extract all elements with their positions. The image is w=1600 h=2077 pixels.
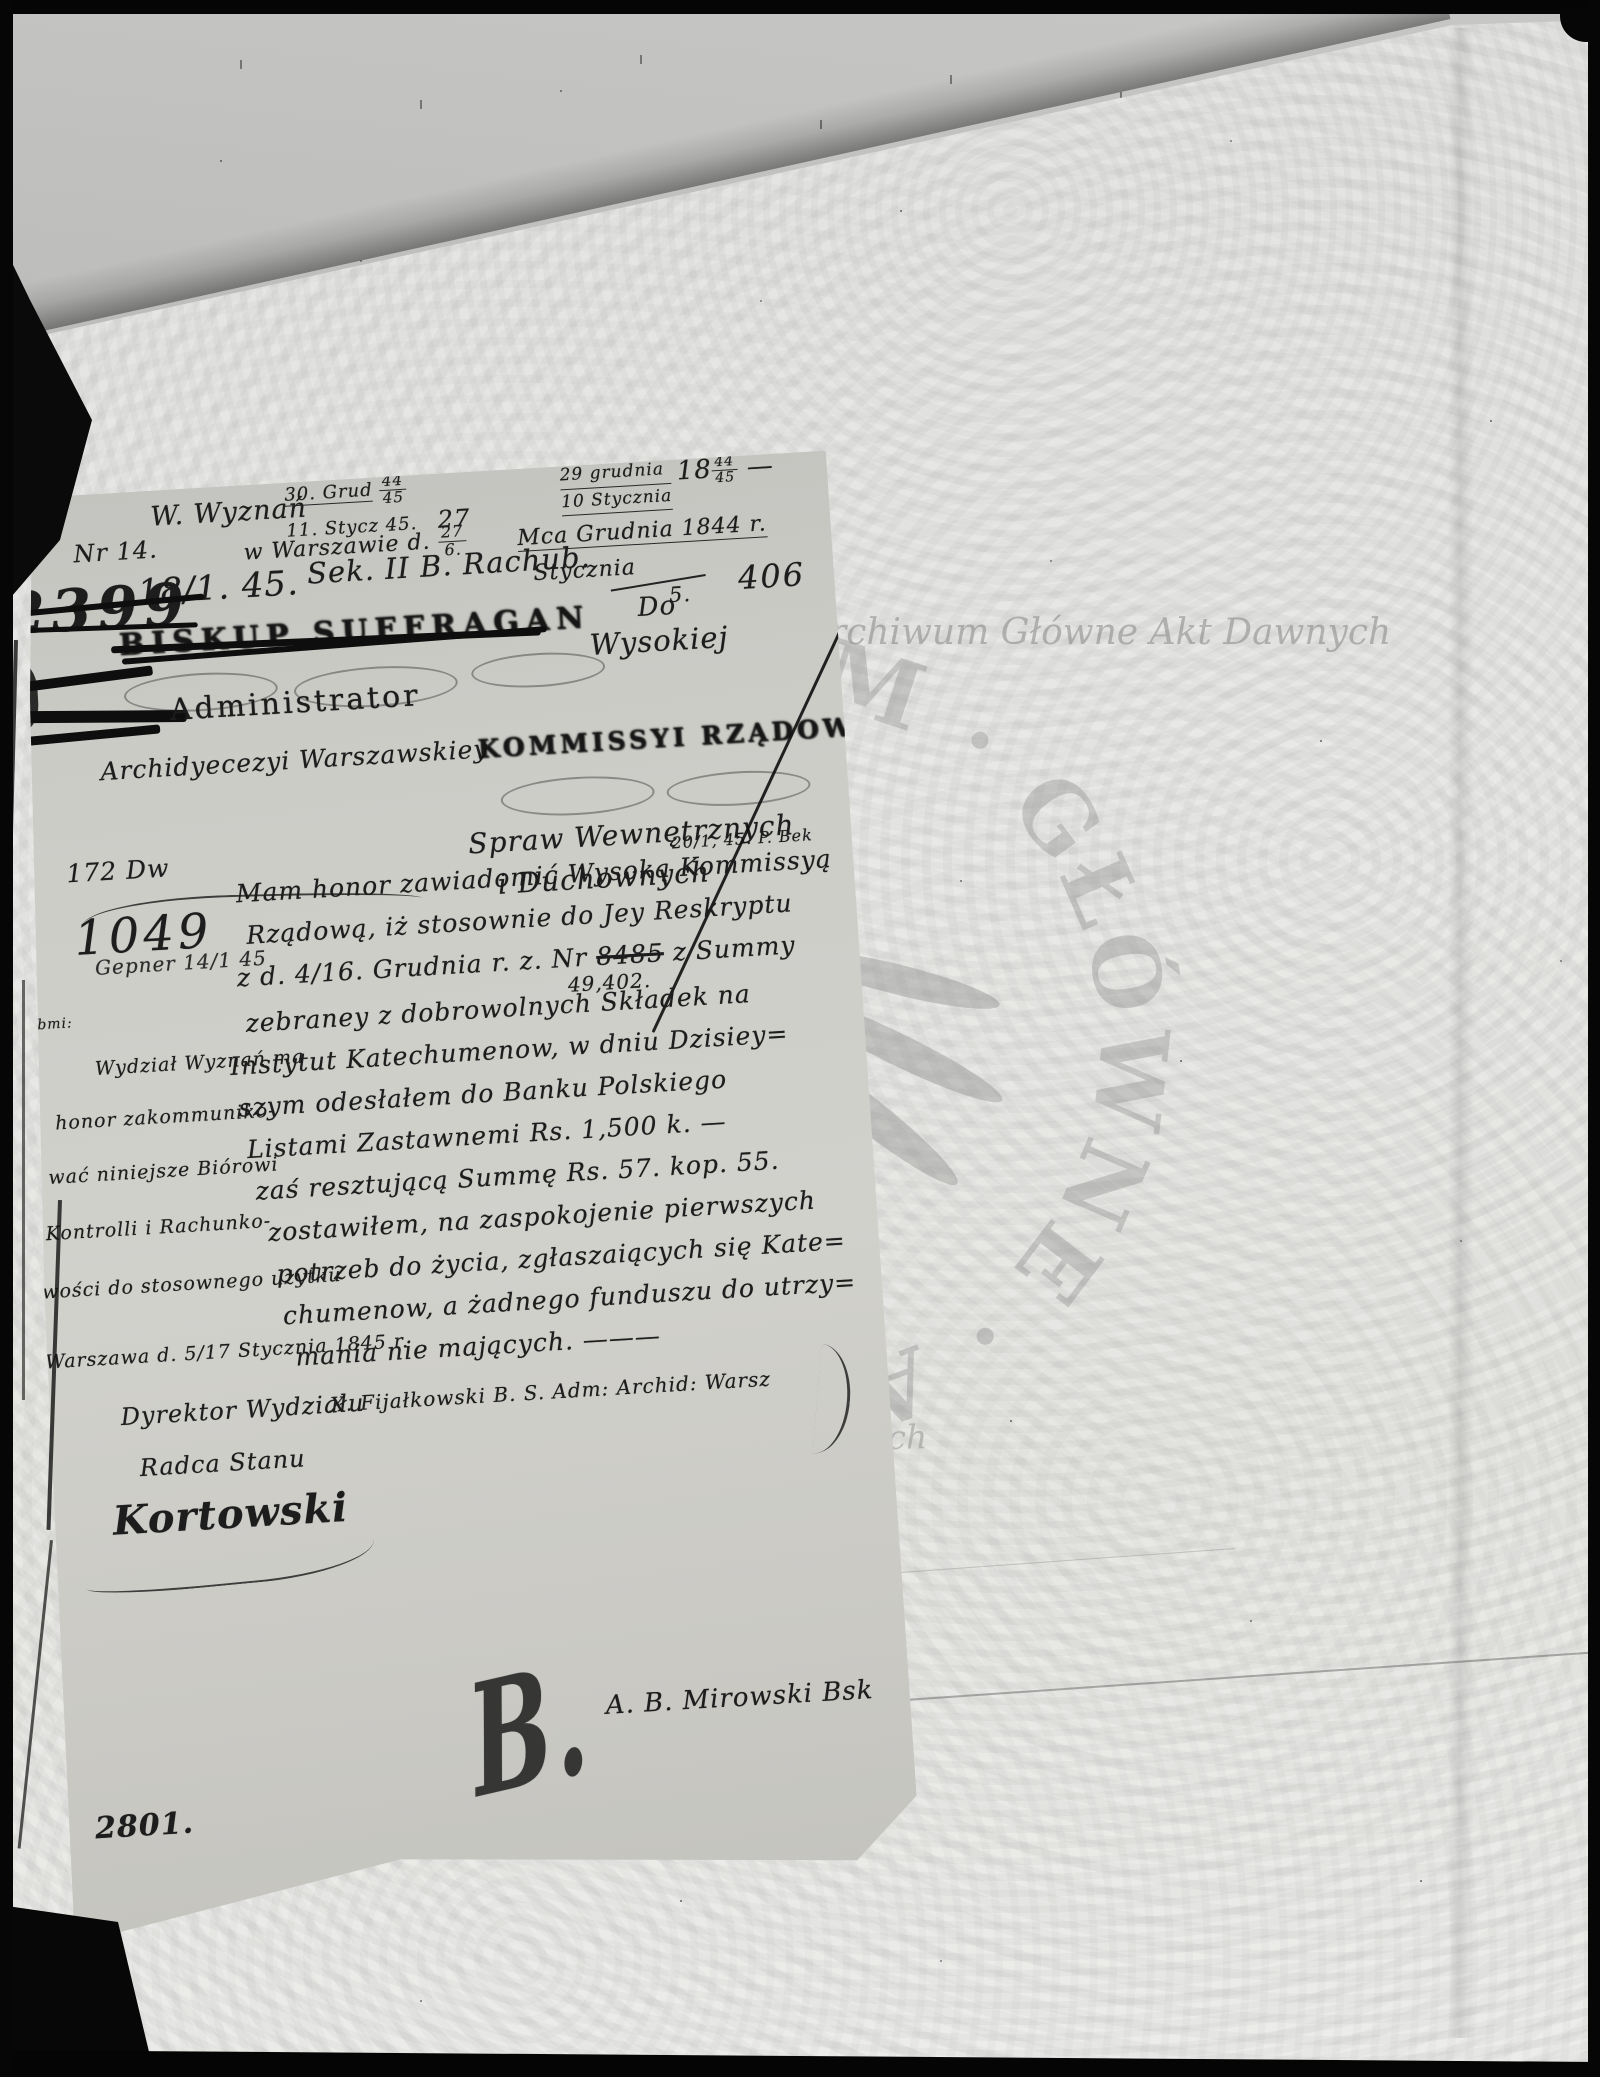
film-scratch [640, 55, 642, 64]
margin-signature: Kortowski [112, 1484, 350, 1545]
archival-scan: ARCHIWUM · GŁÓWNE · AKT DAWNYCH · Archiw… [0, 0, 1600, 2077]
film-border-right [1588, 0, 1600, 2077]
paper-crease [1448, 28, 1474, 2038]
right-date-bot: 10 Stycznia [561, 483, 674, 516]
flourish-letter: B. [460, 1627, 597, 1832]
margin-title2: Radca Stanu [139, 1444, 306, 1482]
dept-frac-bot: 45 [379, 489, 407, 506]
nr-annotation: Nr 14. [73, 535, 159, 568]
binding-mark [22, 980, 25, 1400]
margin-line: wości do stosownego użytku [42, 1264, 342, 1304]
margin-line: wać niniejsze Biórowi [48, 1153, 279, 1189]
film-border-top [0, 0, 1600, 14]
flourish-swirl [500, 772, 656, 819]
margin-title1: Dyrektor Wydziału [120, 1389, 365, 1431]
flourish-swirl [470, 649, 606, 691]
margin-line: honor zakommuniko- [55, 1099, 277, 1134]
signature-underline-flourish [85, 1539, 377, 1598]
archive-watermark-top: Archiwum Główne Akt Dawnych [803, 612, 1391, 653]
recipient-stamp: KOMMISSYI RZĄDOWEJ [477, 710, 895, 764]
film-scratch [240, 60, 242, 69]
bottom-signature: A. B. Mirowski Bsk [605, 1675, 874, 1721]
bottom-number: 2801. [94, 1806, 195, 1847]
film-border-left [0, 0, 13, 2077]
ref-number-old: 8485 [595, 938, 664, 971]
ink-scribble [10, 724, 160, 747]
margin-line: Kontrolli i Rachunko- [45, 1210, 272, 1245]
page-number: 406 [737, 555, 806, 597]
letter-document: W. Wyznań 30. Grud 44 45 11. Stycz 45. 2… [0, 413, 927, 1963]
dept-date-top: 30. Grud [284, 480, 374, 507]
flourish-swirl [666, 767, 812, 809]
body-signature-line: X. Fijałkowski B. S. Adm: Archid: Warsz [330, 1367, 772, 1417]
signature-flourish [813, 1344, 855, 1456]
small-annotation: bmi: [37, 1015, 73, 1033]
registry-line: 172 Dw [66, 853, 171, 888]
film-scratch [420, 100, 422, 109]
sender-title2: Archidyecezyi Warszawskiey [100, 734, 490, 786]
recipient-line1: Wysokiej [589, 620, 730, 662]
recipient-to: Do [637, 591, 677, 623]
